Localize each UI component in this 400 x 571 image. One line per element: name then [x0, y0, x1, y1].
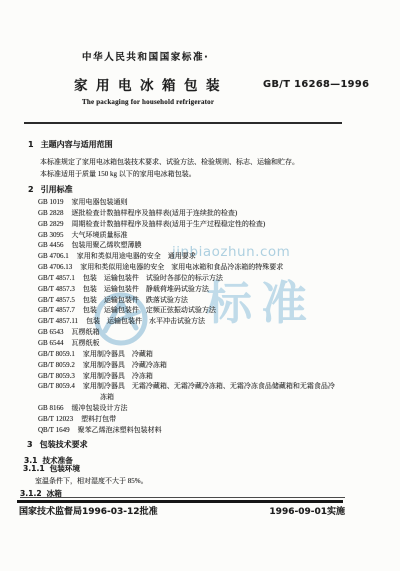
section-2-number: 2 — [28, 185, 34, 194]
reference-code: GB 4456 — [38, 241, 63, 249]
clause-3-1-1-number: 3.1.1 — [23, 464, 45, 473]
reference-title: 包装 运输包装件 跌落试验方法 — [83, 296, 188, 304]
reference-code: GB/T 4857.5 — [38, 296, 75, 304]
footer-thick-rule — [17, 500, 343, 503]
reference-title: 瓦楞纸箱 — [71, 328, 99, 336]
scope-paragraph-2: 本标准适用于质量 150 kg 以下的家用电冰箱包装。 — [40, 169, 196, 181]
scope-paragraph-1: 本标准规定了家用电冰箱包装技术要求、试验方法、检验规则、标志、运输和贮存。 — [40, 157, 299, 169]
reference-title: 包装 运输包装件 静载荷堆码试验方法 — [83, 285, 209, 293]
reference-item: GB/T 4857.11包装 运输包装件 水平冲击试验方法 — [38, 316, 352, 327]
reference-item: GB 6543瓦楞纸箱 — [38, 327, 352, 338]
standard-number: GB/T 16268—1996 — [263, 79, 369, 90]
implementation-date: 1996-09-01实施 — [269, 504, 345, 517]
reference-code: GB/T 12023 — [38, 415, 73, 423]
reference-code: GB 6544 — [38, 339, 63, 347]
reference-item: GB/T 4857.7包装 运输包装件 定频正弦振动试验方法 — [38, 305, 352, 316]
reference-title: 逐批检查计数抽样程序及抽样表(适用于连续批的检查) — [71, 209, 237, 217]
reference-item: GB/T 12023塑料打包带 — [38, 414, 352, 425]
reference-title: 家用制冷器具 冷冻箱 — [83, 372, 153, 380]
document-page: jinbiaozhun.com 标准 中华人民共和国国家标准· 家用电冰箱包装 … — [0, 0, 400, 571]
national-standard-label: 中华人民共和国国家标准· — [82, 49, 209, 63]
section-1-title: 主题内容与适用范围 — [41, 140, 113, 149]
reference-item: GB/T 4857.3包装 运输包装件 静载荷堆码试验方法 — [38, 284, 352, 295]
reference-title: 包装 运输包装件 试验时各部位的标示方法 — [83, 274, 223, 282]
reference-title: 包装 运输包装件 水平冲击试验方法 — [86, 317, 205, 325]
document-title-cn: 家用电冰箱包装 — [74, 74, 228, 94]
reference-code: GB 4706.13 — [38, 263, 72, 271]
reference-title: 家用制冷器具 冷藏冷冻箱 — [83, 361, 167, 369]
reference-item: GB/T 8059.2家用制冷器具 冷藏冷冻箱 — [38, 360, 352, 371]
reference-code: GB/T 8059.1 — [38, 350, 75, 358]
reference-code: GB 1019 — [38, 198, 63, 206]
reference-title: 家用和类似用途电器的安全 通用要求 — [77, 252, 196, 260]
reference-title: 家用电器包装通则 — [71, 198, 127, 206]
reference-item: GB/T 8059.1家用制冷器具 冷藏箱 — [38, 349, 352, 360]
reference-code: GB 2828 — [38, 209, 63, 217]
header-rule — [24, 122, 342, 124]
reference-item: GB 4456包装用聚乙烯吹塑薄膜 — [38, 240, 352, 251]
reference-item: QB/T 1649聚苯乙烯泡沫塑料包装材料 — [38, 425, 352, 436]
reference-item-continuation: 冻箱 — [38, 392, 352, 403]
reference-item: GB/T 4857.5包装 运输包装件 跌落试验方法 — [38, 295, 352, 306]
reference-code: GB 4706.1 — [38, 252, 69, 260]
reference-item: GB 4706.13家用和类似用途电器的安全 家用电冰箱和食品冷冻箱的特殊要求 — [38, 262, 352, 273]
reference-item: GB 8166缓冲包装设计方法 — [38, 403, 352, 414]
section-2-heading: 2引用标准 — [28, 184, 73, 195]
reference-title: 大气环境质量标准 — [71, 231, 127, 239]
reference-code: GB/T 4857.3 — [38, 285, 75, 293]
reference-code: GB/T 4857.11 — [38, 317, 78, 325]
section-1-heading: 1主题内容与适用范围 — [28, 139, 113, 150]
reference-code: GB/T 4857.7 — [38, 306, 75, 314]
reference-item: GB 2828逐批检查计数抽样程序及抽样表(适用于连续批的检查) — [38, 208, 352, 219]
reference-title: 包装 运输包装件 定频正弦振动试验方法 — [83, 306, 216, 314]
section-3-number: 3 — [27, 440, 33, 449]
reference-code: GB/T 8059.3 — [38, 372, 75, 380]
section-2-title: 引用标准 — [41, 185, 73, 194]
reference-title: 家用制冷器具 无霜冷藏箱、无霜冷藏冷冻箱、无霜冷冻食品储藏箱和无霜食品冷 — [83, 382, 335, 390]
reference-code: GB 8166 — [38, 404, 63, 412]
reference-item: GB 6544瓦楞纸板 — [38, 338, 352, 349]
reference-title: 塑料打包带 — [81, 415, 116, 423]
reference-item: GB 2829周期检查计数抽样程序及抽样表(适用于生产过程稳定性的检查) — [38, 219, 352, 230]
clause-3-1-1-title: 包装环境 — [50, 464, 80, 473]
reference-code: GB/T 4857.1 — [38, 274, 75, 282]
reference-list: GB 1019家用电器包装通则 GB 2828逐批检查计数抽样程序及抽样表(适用… — [38, 197, 352, 436]
reference-code: GB 3095 — [38, 231, 63, 239]
section-3-title: 包装技术要求 — [40, 440, 88, 449]
reference-item: GB 4706.1家用和类似用途电器的安全 通用要求 — [38, 251, 352, 262]
reference-item: GB/T 8059.3家用制冷器具 冷冻箱 — [38, 371, 352, 382]
content-layer: 中华人民共和国国家标准· 家用电冰箱包装 GB/T 16268—1996 The… — [0, 0, 400, 571]
reference-code: GB 6543 — [38, 328, 63, 336]
document-title-en: The packaging for household refrigerator — [82, 98, 214, 106]
reference-code: GB/T 8059.2 — [38, 361, 75, 369]
reference-title: 包装用聚乙烯吹塑薄膜 — [71, 241, 141, 249]
reference-item: GB/T 4857.1包装 运输包装件 试验时各部位的标示方法 — [38, 273, 352, 284]
reference-item: GB 1019家用电器包装通则 — [38, 197, 352, 208]
reference-code: GB 2829 — [38, 220, 63, 228]
reference-item: GB 3095大气环境质量标准 — [38, 230, 352, 241]
section-1-number: 1 — [28, 140, 34, 149]
reference-code: QB/T 1649 — [38, 426, 70, 434]
reference-title: 瓦楞纸板 — [71, 339, 99, 347]
footer-thin-rule — [20, 497, 345, 498]
reference-title: 家用制冷器具 冷藏箱 — [83, 350, 153, 358]
reference-title: 缓冲包装设计方法 — [71, 404, 127, 412]
reference-item: GB/T 8059.4家用制冷器具 无霜冷藏箱、无霜冷藏冷冻箱、无霜冷冻食品储藏… — [38, 381, 352, 392]
approval-text: 国家技术监督局1996-03-12批准 — [19, 504, 158, 517]
reference-code: GB/T 8059.4 — [38, 382, 75, 390]
clause-3-1-1-heading: 3.1.1包装环境 — [23, 463, 80, 474]
section-3-heading: 3包装技术要求 — [27, 439, 88, 450]
reference-title: 家用和类似用途电器的安全 家用电冰箱和食品冷冻箱的特殊要求 — [80, 263, 283, 271]
reference-title: 聚苯乙烯泡沫塑料包装材料 — [78, 426, 162, 434]
reference-title: 周期检查计数抽样程序及抽样表(适用于生产过程稳定性的检查) — [71, 220, 265, 228]
clause-3-1-1-body: 室温条件下，相对湿度不大于 85%。 — [35, 476, 148, 488]
